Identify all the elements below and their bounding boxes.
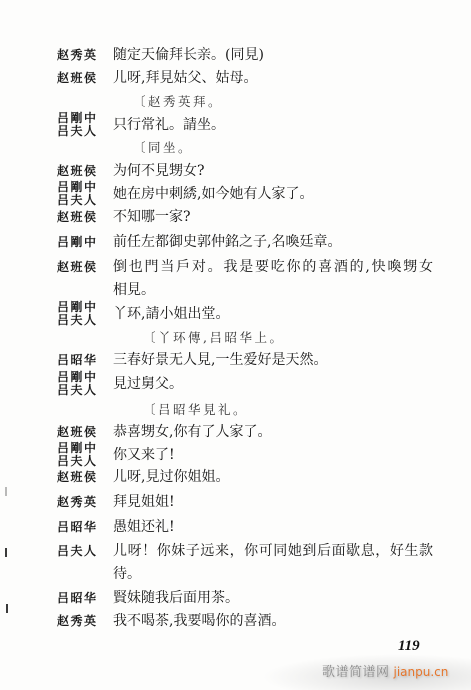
stage-direction-text: 〔丫环傳,吕昭华上。 [143, 329, 284, 347]
speaker-name: 吕夫人 [57, 125, 98, 138]
page-number: 119 [398, 637, 420, 655]
dialogue-text: 我不喝茶,我要喝你的喜酒。 [113, 612, 285, 630]
dialogue-line: 赵班侯 儿呀,拜見姑父、姑母。 [0, 69, 471, 87]
speaker-name: 吕剛中 [57, 233, 98, 251]
dialogue-text: 恭喜甥女,你有了人家了。 [113, 423, 271, 441]
dialogue-line: 赵班侯 不知哪一家? [0, 208, 471, 226]
dialogue-line: 吕昭华 賢妹随我后面用茶。 [0, 589, 471, 607]
dialogue-line: 吕昭华 三春好景无人見,一生爱好是天然。 [0, 351, 471, 369]
dialogue-text: 丫环,請小姐出堂。 [113, 305, 229, 323]
dialogue-text: 相見。 [113, 281, 155, 299]
dialogue-text: 随定天倫拜长亲。(同見) [113, 46, 264, 64]
dialogue-line: 吕剛中 吕夫人 見过舅父。 [0, 375, 471, 393]
watermark-site-name: 歌谱简谱网 [322, 665, 390, 680]
stage-direction-text: 〔吕昭华見礼。 [143, 401, 248, 419]
watermark: 歌谱简谱网jianpu.cn [322, 664, 448, 681]
stage-direction-text: 〔赵秀英拜。 [133, 93, 223, 111]
speaker-name: 赵秀英 [57, 493, 98, 511]
speaker-group: 吕剛中 吕夫人 [57, 442, 98, 468]
dialogue-line: 吕夫人 儿呀！你妹子远来，你可同她到后面歇息，好生款 [0, 542, 471, 560]
speaker-name: 吕昭华 [57, 589, 98, 607]
dialogue-line: 吕剛中 吕夫人 只行常礼。請坐。 [0, 116, 471, 134]
stage-direction: 〔同坐。 [0, 139, 471, 157]
dialogue-line: 赵秀英 随定天倫拜长亲。(同見) [0, 46, 471, 64]
speaker-name: 吕夫人 [57, 542, 98, 560]
dialogue-text: 拜見姐姐! [113, 493, 175, 511]
speaker-name: 吕昭华 [57, 351, 98, 369]
dialogue-line: 赵班侯 为何不見甥女? [0, 162, 471, 180]
dialogue-text: 三春好景无人見,一生爱好是天然。 [113, 351, 327, 369]
speaker-group: 吕剛中 吕夫人 [57, 112, 98, 138]
dialogue-text: 不知哪一家? [113, 208, 191, 226]
speaker-name: 赵班侯 [57, 258, 98, 276]
speaker-group: 吕剛中 吕夫人 [57, 181, 98, 207]
speaker-name: 吕昭华 [57, 518, 98, 536]
dialogue-text: 前任左都御史郭仲銘之子,名喚廷章。 [113, 233, 341, 251]
speaker-name: 赵秀英 [57, 612, 98, 630]
dialogue-line: 赵秀英 我不喝茶,我要喝你的喜酒。 [0, 612, 471, 630]
speaker-name: 赵班侯 [57, 69, 98, 87]
speaker-name: 赵班侯 [57, 162, 98, 180]
dialogue-continuation: 相見。 [0, 281, 471, 299]
dialogue-text: 她在房中刺綉,如今她有人家了。 [113, 185, 313, 203]
dialogue-text: 你又来了! [113, 446, 175, 464]
speaker-name: 赵班侯 [57, 423, 98, 441]
dialogue-line: 吕剛中 前任左都御史郭仲銘之子,名喚廷章。 [0, 233, 471, 251]
dialogue-line: 吕剛中 吕夫人 你又来了! [0, 446, 471, 464]
dialogue-line: 吕昭华 愚姐还礼! [0, 518, 471, 536]
speaker-name: 吕夫人 [57, 314, 98, 327]
speaker-name: 赵班侯 [57, 208, 98, 226]
stage-direction: 〔丫环傳,吕昭华上。 [0, 329, 471, 347]
dialogue-text: 愚姐还礼! [113, 518, 175, 536]
speaker-group: 吕剛中 吕夫人 [57, 371, 98, 397]
dialogue-text: 見过舅父。 [113, 375, 183, 393]
dialogue-text: 为何不見甥女? [113, 162, 205, 180]
dialogue-line: 赵班侯 儿呀,見过你姐姐。 [0, 468, 471, 486]
speaker-name: 吕夫人 [57, 384, 98, 397]
dialogue-line: 赵秀英 拜見姐姐! [0, 493, 471, 511]
dialogue-line: 吕剛中 吕夫人 她在房中刺綉,如今她有人家了。 [0, 185, 471, 203]
dialogue-text: 儿呀,拜見姑父、姑母。 [113, 69, 257, 87]
dialogue-text: 只行常礼。請坐。 [113, 116, 225, 134]
dialogue-text: 儿呀！你妹子远来，你可同她到后面歇息，好生款 [113, 542, 433, 560]
dialogue-text: 倒也門当戶对。我是要吃你的喜酒的,快喚甥女 [113, 258, 433, 276]
dialogue-text: 儿呀,見过你姐姐。 [113, 468, 229, 486]
stage-direction: 〔赵秀英拜。 [0, 93, 471, 111]
speaker-name: 赵班侯 [57, 468, 98, 486]
dialogue-line: 赵班侯 恭喜甥女,你有了人家了。 [0, 423, 471, 441]
speaker-name: 吕夫人 [57, 194, 98, 207]
dialogue-line: 赵班侯 倒也門当戶对。我是要吃你的喜酒的,快喚甥女 [0, 258, 471, 276]
stage-direction: 〔吕昭华見礼。 [0, 401, 471, 419]
dialogue-continuation: 待。 [0, 565, 471, 583]
book-page: 赵秀英 随定天倫拜长亲。(同見) 赵班侯 儿呀,拜見姑父、姑母。 〔赵秀英拜。 … [0, 0, 471, 690]
dialogue-text: 賢妹随我后面用茶。 [113, 589, 239, 607]
speaker-name: 赵秀英 [57, 46, 98, 64]
speaker-name: 吕夫人 [57, 455, 98, 468]
dialogue-text: 待。 [113, 565, 141, 583]
dialogue-line: 吕剛中 吕夫人 丫环,請小姐出堂。 [0, 305, 471, 323]
speaker-group: 吕剛中 吕夫人 [57, 301, 98, 327]
watermark-domain: jianpu.cn [394, 665, 449, 679]
stage-direction-text: 〔同坐。 [133, 139, 193, 157]
